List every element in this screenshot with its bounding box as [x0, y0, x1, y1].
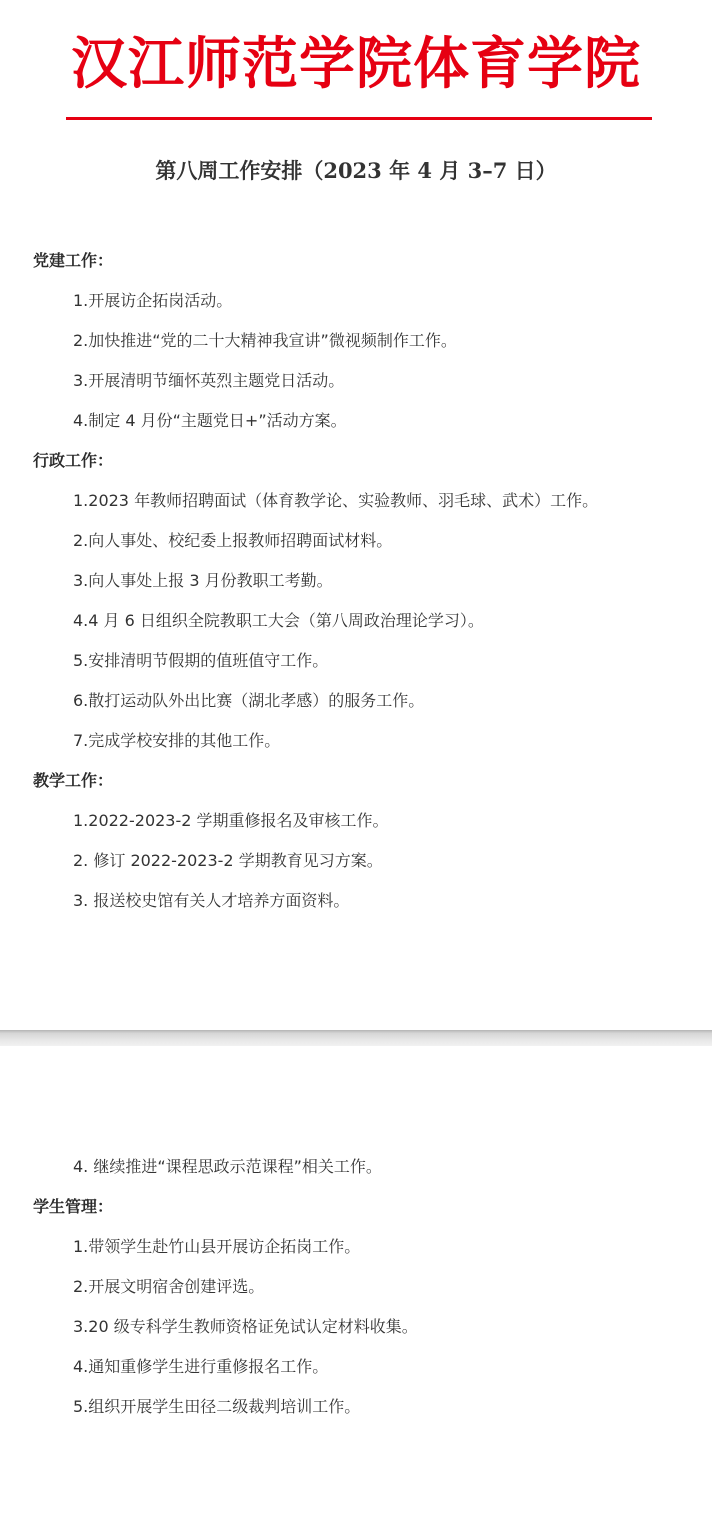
list-item: 3. 报送校史馆有关人才培养方面资料。	[73, 889, 349, 913]
document-page-2: 4. 继续推进“课程思政示范课程”相关工作。 学生管理： 1.带领学生赴竹山县开…	[0, 1046, 712, 1526]
section-heading-teaching: 教学工作：	[33, 769, 113, 793]
section-heading-admin: 行政工作：	[33, 449, 113, 473]
section-heading-students: 学生管理：	[33, 1195, 113, 1219]
list-item: 1.带领学生赴竹山县开展访企拓岗工作。	[73, 1235, 360, 1259]
list-item: 2.开展文明宿舍创建评选。	[73, 1275, 264, 1299]
list-item: 2.加快推进“党的二十大精神我宣讲”微视频制作工作。	[73, 329, 457, 353]
list-item: 5.组织开展学生田径二级裁判培训工作。	[73, 1395, 360, 1419]
list-item: 4.4 月 6 日组织全院教职工大会（第八周政治理论学习）。	[73, 609, 484, 633]
list-item: 7.完成学校安排的其他工作。	[73, 729, 280, 753]
masthead-title: 汉江师范学院体育学院	[0, 28, 712, 100]
list-item: 1.2023 年教师招聘面试（体育教学论、实验教师、羽毛球、武术）工作。	[73, 489, 598, 513]
list-item: 6.散打运动队外出比赛（湖北孝感）的服务工作。	[73, 689, 424, 713]
schedule-title: 第八周工作安排（2023 年 4 月 3–7 日）	[0, 154, 712, 188]
list-item: 3.向人事处上报 3 月份教职工考勤。	[73, 569, 333, 593]
page-break	[0, 1030, 712, 1046]
list-item: 4.通知重修学生进行重修报名工作。	[73, 1355, 328, 1379]
list-item: 4. 继续推进“课程思政示范课程”相关工作。	[73, 1155, 382, 1179]
section-heading-party: 党建工作：	[33, 249, 113, 273]
list-item: 4.制定 4 月份“主题党日+”活动方案。	[73, 409, 347, 433]
list-item: 2. 修订 2022-2023-2 学期教育见习方案。	[73, 849, 383, 873]
list-item: 2.向人事处、校纪委上报教师招聘面试材料。	[73, 529, 392, 553]
document-page-1: 汉江师范学院体育学院 第八周工作安排（2023 年 4 月 3–7 日） 党建工…	[0, 0, 712, 1030]
list-item: 5.安排清明节假期的值班值守工作。	[73, 649, 328, 673]
list-item: 1.2022-2023-2 学期重修报名及审核工作。	[73, 809, 389, 833]
list-item: 1.开展访企拓岗活动。	[73, 289, 232, 313]
list-item: 3.20 级专科学生教师资格证免试认定材料收集。	[73, 1315, 418, 1339]
red-divider	[66, 117, 652, 120]
list-item: 3.开展清明节缅怀英烈主题党日活动。	[73, 369, 344, 393]
